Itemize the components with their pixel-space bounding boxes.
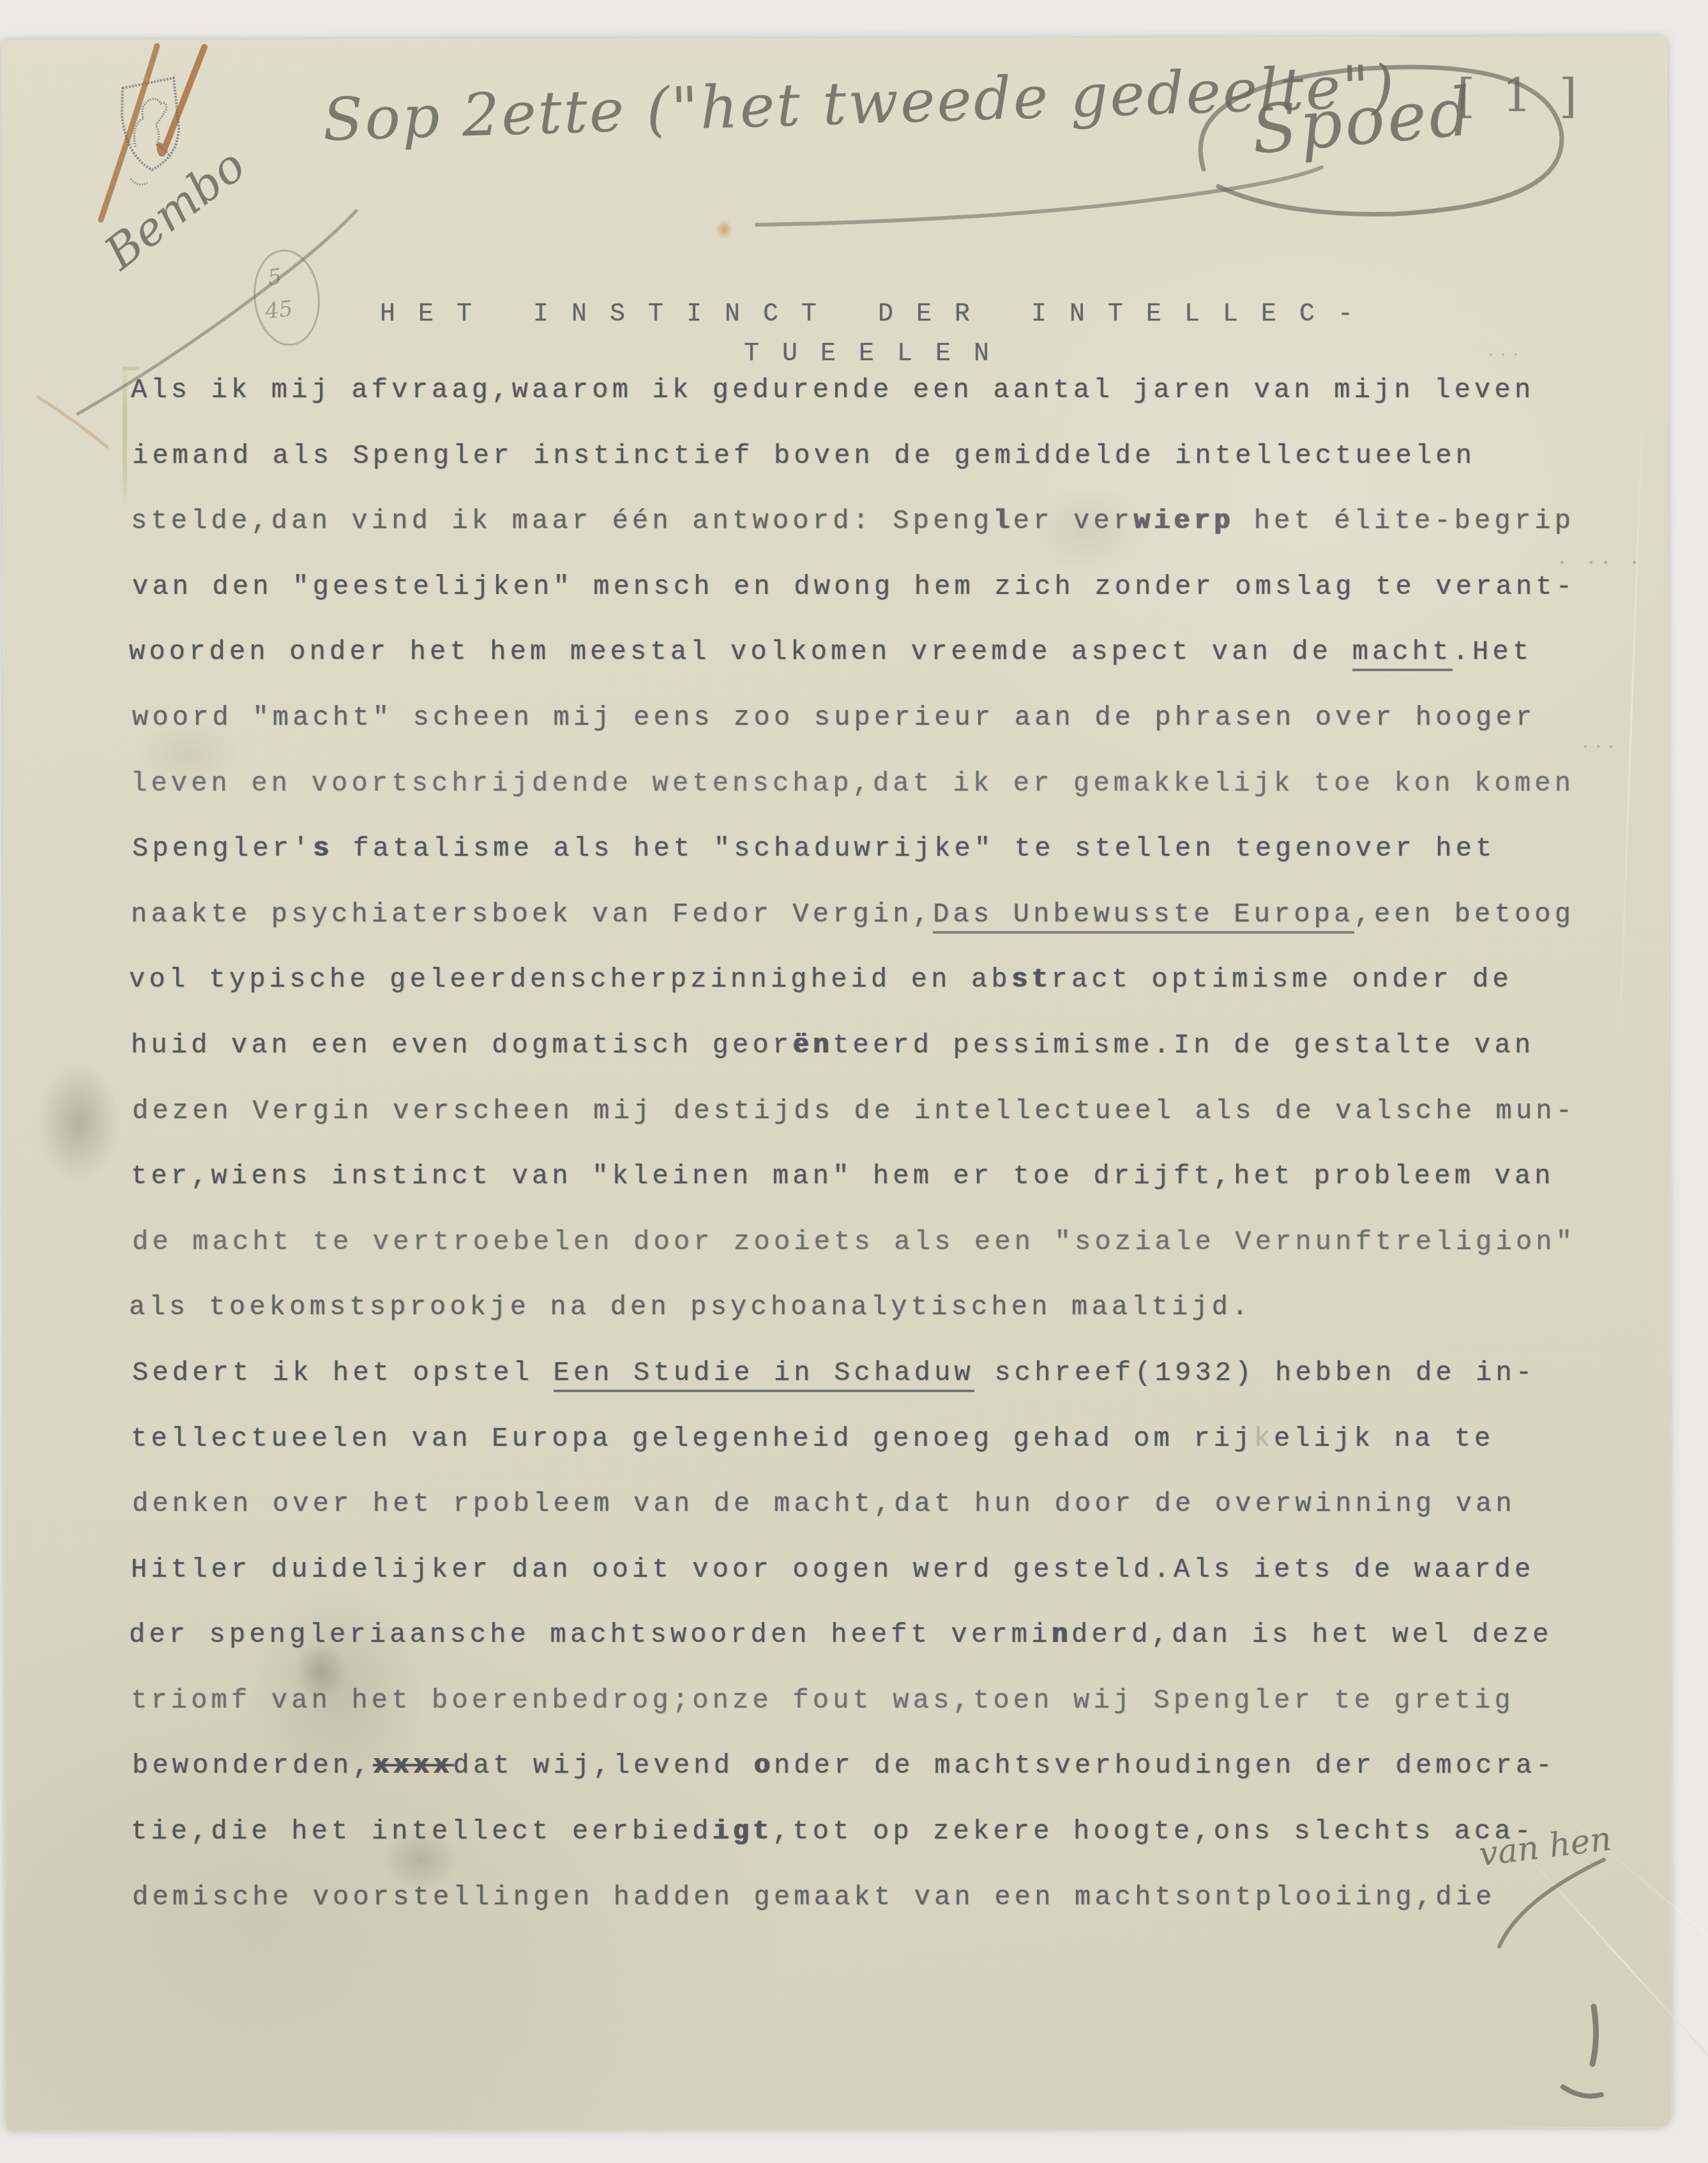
typed-text: s [313, 833, 333, 864]
typed-line: Spengler's fatalisme als het "schaduwrij… [132, 816, 1607, 882]
underlined-text: Een Studie in Schaduw [554, 1358, 975, 1392]
typed-line: naakte psychiatersboek van Fedor Vergin,… [131, 882, 1606, 948]
typed-line: de macht te vertroebelen door zooiets al… [132, 1210, 1607, 1275]
number-mark-top: 5 [259, 259, 291, 296]
typed-line: van den "geestelijken" mensch en dwong h… [132, 554, 1607, 620]
typed-text: der spengleriaansche machtswoorden heeft… [129, 1620, 1052, 1650]
typed-text: teerd pessimisme.In de gestalte van [833, 1030, 1534, 1061]
handwritten-page-number: [ 1 ] [1457, 69, 1583, 123]
typed-text: er ver [1013, 506, 1133, 536]
typed-text: st [1011, 964, 1052, 995]
typed-text: ën [792, 1030, 833, 1061]
typed-text: de macht te vertroebelen door zooiets al… [132, 1227, 1576, 1257]
typed-text: ter,wiens instinct van "kleinen man" hem… [131, 1161, 1555, 1192]
typed-line: denken over het rpobleem van de macht,da… [132, 1471, 1607, 1537]
typed-line: als toekomstsprookje na den psychoanalyt… [129, 1275, 1604, 1340]
typed-line: tie,die het intellect eerbiedigt,tot op … [131, 1799, 1606, 1865]
struck-text: xxxx [373, 1750, 453, 1781]
underlined-text: Das Unbewusste Europa [933, 899, 1354, 934]
typed-line: leven en voortschrijdende wetenschap,dat… [131, 751, 1606, 817]
typed-text: bewonderden, [132, 1750, 373, 1781]
typed-line: Hitler duidelijker dan ooit voor oogen w… [131, 1537, 1606, 1603]
typed-text: woorden onder het hem meestal volkomen v… [129, 637, 1352, 667]
typed-text: wierp [1133, 506, 1234, 536]
typed-line: vol typische geleerdenscherpzinnigheid e… [129, 947, 1604, 1013]
typed-line: woord "macht" scheen mij eens zoo superi… [132, 685, 1607, 751]
typed-text: k [1254, 1423, 1274, 1454]
typed-text: tellectueelen van Europa gelegenheid gen… [131, 1423, 1254, 1454]
paper-crease [1618, 395, 1644, 1065]
typed-text: .Het [1453, 637, 1533, 667]
margin-pencil-dots: ··· [1582, 734, 1621, 759]
typed-text: elijk na te [1274, 1423, 1494, 1454]
title-line-1: H E T I N S T I N C T D E R I N T E L L … [131, 295, 1606, 335]
typed-line: tellectueelen van Europa gelegenheid gen… [131, 1406, 1606, 1472]
typed-text: woord "macht" scheen mij eens zoo superi… [132, 702, 1536, 733]
typed-text: demische voorstellingen hadden gemaakt v… [132, 1882, 1495, 1913]
typed-text: leven en voortschrijdende wetenschap,dat… [131, 768, 1575, 799]
typed-text: o [754, 1750, 774, 1781]
typed-line: ter,wiens instinct van "kleinen man" hem… [131, 1144, 1606, 1210]
orange-fleck [716, 220, 732, 239]
typed-line: Als ik mij afvraag,waarom ik gedurende e… [131, 358, 1606, 423]
typed-text: huid van een even dogmatisch geor [131, 1030, 792, 1061]
typed-text: denken over het rpobleem van de macht,da… [132, 1489, 1516, 1519]
typed-line: bewonderden,xxxxdat wij,levend onder de … [132, 1733, 1607, 1799]
typed-text: n [1052, 1620, 1071, 1650]
typed-text: nder de machtsverhoudingen der democra- [774, 1750, 1556, 1781]
typed-text: dezen Vergin verscheen mij destijds de i… [132, 1096, 1576, 1127]
typed-text: Als ik mij afvraag,waarom ik gedurende e… [131, 375, 1534, 406]
typed-text: ,tot op zekere hoogte,ons slechts aca- [773, 1816, 1534, 1847]
number-mark-bottom: 45 [263, 292, 294, 328]
typed-text: naakte psychiatersboek van Fedor Vergin, [131, 899, 933, 930]
typed-text: Spengler' [132, 833, 313, 864]
typed-text: fatalisme als het "schaduwrijke" te stel… [333, 833, 1495, 864]
typed-line: huid van een even dogmatisch georënteerd… [131, 1013, 1606, 1079]
typed-line: woorden onder het hem meestal volkomen v… [129, 619, 1604, 685]
typed-line: demische voorstellingen hadden gemaakt v… [132, 1865, 1607, 1931]
typed-line: triomf van het boerenbedrog;onze fout wa… [131, 1668, 1606, 1734]
typed-text: tie,die het intellect eerbied [131, 1816, 713, 1847]
typed-text: het élite-begrip [1234, 506, 1575, 536]
typed-text: Sedert ik het opstel [132, 1358, 554, 1388]
margin-pencil-dots: · ·· · [1558, 548, 1645, 577]
typed-text: derd,dan is het wel deze [1071, 1620, 1553, 1650]
typed-text: l [993, 506, 1013, 536]
typed-text: vol typische geleerdenscherpzinnigheid e… [129, 964, 1011, 995]
typed-line: Sedert ik het opstel Een Studie in Schad… [132, 1340, 1607, 1406]
typed-text: triomf van het boerenbedrog;onze fout wa… [131, 1685, 1515, 1716]
typed-text: dat wij,levend [453, 1750, 753, 1781]
scanned-manuscript-page: { "document": { "title_line1": "H E T I … [0, 0, 1708, 2163]
typed-text: van den "geestelijken" mensch en dwong h… [132, 572, 1576, 602]
typed-text: ract optimisme onder de [1052, 964, 1513, 995]
margin-green-bracket [123, 367, 127, 505]
typed-line: stelde,dan vind ik maar één antwoord: Sp… [131, 489, 1606, 554]
typed-text: stelde,dan vind ik maar één antwoord: Sp… [131, 506, 993, 536]
typed-line: dezen Vergin verscheen mij destijds de i… [132, 1079, 1607, 1144]
typed-text: ,een betoog [1354, 899, 1575, 930]
typed-text: iemand als Spengler instinctief boven de… [132, 441, 1476, 471]
typed-text: igt [713, 1816, 773, 1847]
typed-line: iemand als Spengler instinctief boven de… [132, 423, 1607, 489]
typed-text: als toekomstsprookje na den psychoanalyt… [129, 1292, 1252, 1323]
underlined-text: macht [1352, 637, 1453, 671]
margin-pencil-dots: ··· [1488, 344, 1525, 366]
typed-body: Als ik mij afvraag,waarom ik gedurende e… [131, 358, 1606, 1930]
ink-smudge [37, 1061, 120, 1183]
typed-text: Hitler duidelijker dan ooit voor oogen w… [131, 1554, 1534, 1585]
typed-text: schreef(1932) hebben de in- [974, 1358, 1536, 1388]
typed-line: der spengleriaansche machtswoorden heeft… [129, 1602, 1604, 1668]
